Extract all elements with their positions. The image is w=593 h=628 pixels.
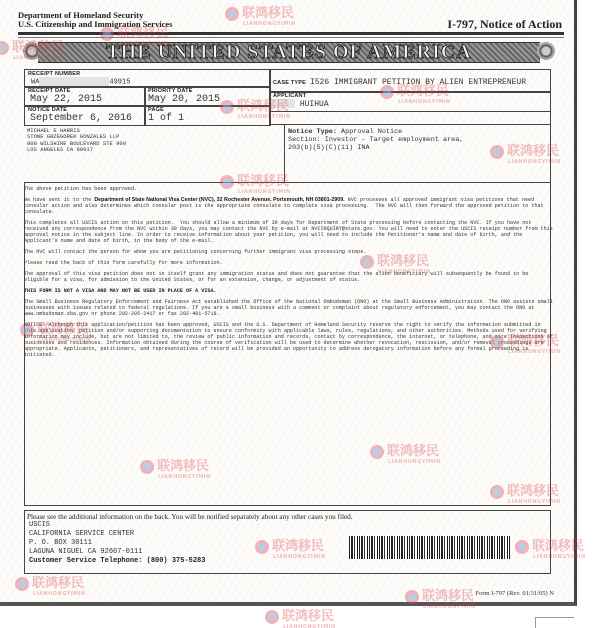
case-type-cell: CASE TYPE I526 IMMIGRANT PETITION BY ALI… <box>269 69 551 93</box>
form-title: I-797, Notice of Action <box>447 17 562 32</box>
banner-text: THE UNITED STATES OF AMERICA <box>106 43 471 62</box>
office-line: USCIS <box>29 521 550 530</box>
receipt-date-value: May 22, 2015 <box>30 94 145 105</box>
header-rule <box>18 32 564 35</box>
agency-line-2: U.S. Citizenship and Immigration Service… <box>18 20 172 29</box>
watermark: 联鸿移民LIANHONGYIMIN <box>225 2 296 27</box>
watermark-logo-icon <box>225 7 239 21</box>
watermark: 联鸿移民LIANHONGYIMIN <box>15 572 86 597</box>
address-line: LOS ANGELES CA 90017 <box>27 147 284 153</box>
page-value: 1 of 1 <box>148 113 270 124</box>
redaction <box>39 77 109 86</box>
watermark-logo-icon <box>15 577 29 591</box>
body-paragraph: This completes all USCIS action on this … <box>24 220 554 244</box>
address-block: MICHAEL E HARRIS STONE GRZEGOREK GONZALE… <box>24 124 285 183</box>
empty-cell <box>269 110 551 125</box>
form-revision: Form I-797 (Rev. 01/31/05) N <box>476 590 554 597</box>
watermark-logo-icon <box>405 590 419 604</box>
notice-type-value: Approval Notice <box>341 128 402 136</box>
priority-date-cell: PRIORITY DATE May 20, 2015 <box>144 86 271 107</box>
receipt-number-value: WA49915 <box>31 77 270 86</box>
applicant-cell: APPLICANT HUIHUA <box>269 91 551 112</box>
case-type-label: CASE TYPE <box>273 80 306 86</box>
body-paragraph: Please read the back of this form carefu… <box>24 260 554 266</box>
body-paragraph: The NVC will contact the person for whom… <box>24 249 554 255</box>
notice-document: Department of Homeland Security U.S. Cit… <box>0 0 577 606</box>
page-corner <box>535 617 574 628</box>
watermark-logo-icon <box>0 41 9 55</box>
body-paragraph: We have sent it to the Department of Sta… <box>24 197 554 215</box>
rosette-right-icon <box>536 40 556 62</box>
watermark: 联鸿移民LIANHONGYIMIN <box>265 605 336 628</box>
barcode <box>349 536 510 559</box>
body-paragraph: The approval of this visa petition does … <box>24 271 554 283</box>
body-text: The above petition has been approved. We… <box>24 186 554 363</box>
notice-date-value: September 6, 2016 <box>30 113 145 124</box>
page-cell: PAGE 1 of 1 <box>144 105 271 126</box>
section-value: Investor - Target employment area, <box>325 136 464 144</box>
agency-header: Department of Homeland Security U.S. Cit… <box>18 11 172 29</box>
case-type-value: I526 IMMIGRANT PETITION BY ALIEN ENTREPR… <box>310 78 526 87</box>
notice-type-block: Notice Type: Approval Notice Section: In… <box>284 124 551 183</box>
priority-date-value: May 20, 2015 <box>148 94 270 105</box>
receipt-date-cell: RECEIPT DATE May 22, 2015 <box>24 86 146 107</box>
section-line-2: 203(b)(5)(C)(ii) INA <box>288 144 550 152</box>
header-rule-thin <box>18 37 564 38</box>
visa-warning: THIS FORM IS NOT A VISA AND MAY NOT BE U… <box>24 288 554 294</box>
notice-date-cell: NOTICE DATE September 6, 2016 <box>24 105 146 126</box>
section-label: Section: <box>288 136 321 144</box>
additional-info-notice: Please see the additional information on… <box>27 513 550 521</box>
body-paragraph: The Small Business Regulatory Enforcemen… <box>24 299 554 317</box>
applicant-value: HUIHUA <box>273 99 550 110</box>
notice-type-label: Notice Type: <box>288 128 337 136</box>
body-paragraph: The above petition has been approved. <box>24 186 554 192</box>
redaction <box>273 99 295 108</box>
body-paragraph: NOTICE: Although this application/petiti… <box>24 322 554 358</box>
watermark-logo-icon <box>265 610 279 624</box>
banner: THE UNITED STATES OF AMERICA <box>38 42 540 63</box>
watermark: 联鸿移民LIANHONGYIMIN <box>405 585 476 610</box>
